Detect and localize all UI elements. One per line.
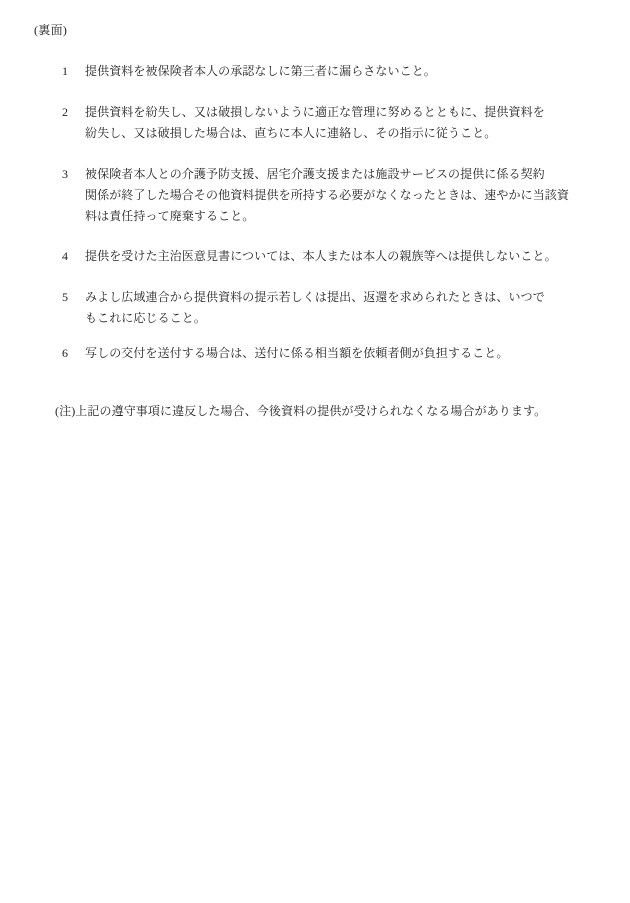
item-text: 被保険者本人との介護予防支援、居宅介護支援または施設サービスの提供に係る契約 関…: [85, 164, 569, 227]
page-side-label: (裏面): [34, 20, 67, 41]
list-item-6: 6 写しの交付を送付する場合は、送付に係る相当額を依頼者側が負担すること。: [62, 343, 509, 364]
item-number: 1: [62, 61, 85, 82]
list-item-5: 5 みよし広域連合から提供資料の提示若しくは提出、返還を求められたときは、いつで…: [62, 287, 545, 329]
item-text-line: みよし広域連合から提供資料の提示若しくは提出、返還を求められたときは、いつで: [85, 287, 545, 308]
item-number: 5: [62, 287, 85, 308]
item-number: 6: [62, 343, 85, 364]
item-text-line: 関係が終了した場合その他資料提供を所持する必要がなくなったときは、速やかに当該資: [85, 185, 569, 206]
item-text: みよし広域連合から提供資料の提示若しくは提出、返還を求められたときは、いつで も…: [85, 287, 545, 329]
item-number: 2: [62, 102, 85, 123]
item-text-line: 紛失し、又は破損した場合は、直ちに本人に連絡し、その指示に従うこと。: [85, 123, 545, 144]
list-item-4: 4 提供を受けた主治医意見書については、本人または本人の親族等へは提供しないこと…: [62, 246, 557, 267]
item-text-line: 提供資料を紛失し、又は破損しないように適正な管理に努めるとともに、提供資料を: [85, 102, 545, 123]
item-number: 4: [62, 246, 85, 267]
item-text-line: 写しの交付を送付する場合は、送付に係る相当額を依頼者側が負担すること。: [85, 343, 509, 364]
list-item-1: 1 提供資料を被保険者本人の承認なしに第三者に漏らさないこと。: [62, 61, 436, 82]
document-page: (裏面) 1 提供資料を被保険者本人の承認なしに第三者に漏らさないこと。 2 提…: [0, 0, 630, 903]
item-text: 提供資料を紛失し、又は破損しないように適正な管理に努めるとともに、提供資料を 紛…: [85, 102, 545, 144]
list-item-2: 2 提供資料を紛失し、又は破損しないように適正な管理に努めるとともに、提供資料を…: [62, 102, 545, 144]
item-text-line: もこれに応じること。: [85, 308, 545, 329]
footnote: (注)上記の遵守事項に違反した場合、今後資料の提供が受けられなくなる場合がありま…: [55, 401, 546, 422]
item-text-line: 提供を受けた主治医意見書については、本人または本人の親族等へは提供しないこと。: [85, 246, 557, 267]
item-text-line: 料は責任持って廃棄すること。: [85, 206, 569, 227]
item-number: 3: [62, 164, 85, 185]
item-text: 提供資料を被保険者本人の承認なしに第三者に漏らさないこと。: [85, 61, 436, 82]
item-text: 写しの交付を送付する場合は、送付に係る相当額を依頼者側が負担すること。: [85, 343, 509, 364]
item-text: 提供を受けた主治医意見書については、本人または本人の親族等へは提供しないこと。: [85, 246, 557, 267]
item-text-line: 被保険者本人との介護予防支援、居宅介護支援または施設サービスの提供に係る契約: [85, 164, 569, 185]
item-text-line: 提供資料を被保険者本人の承認なしに第三者に漏らさないこと。: [85, 61, 436, 82]
list-item-3: 3 被保険者本人との介護予防支援、居宅介護支援または施設サービスの提供に係る契約…: [62, 164, 569, 227]
